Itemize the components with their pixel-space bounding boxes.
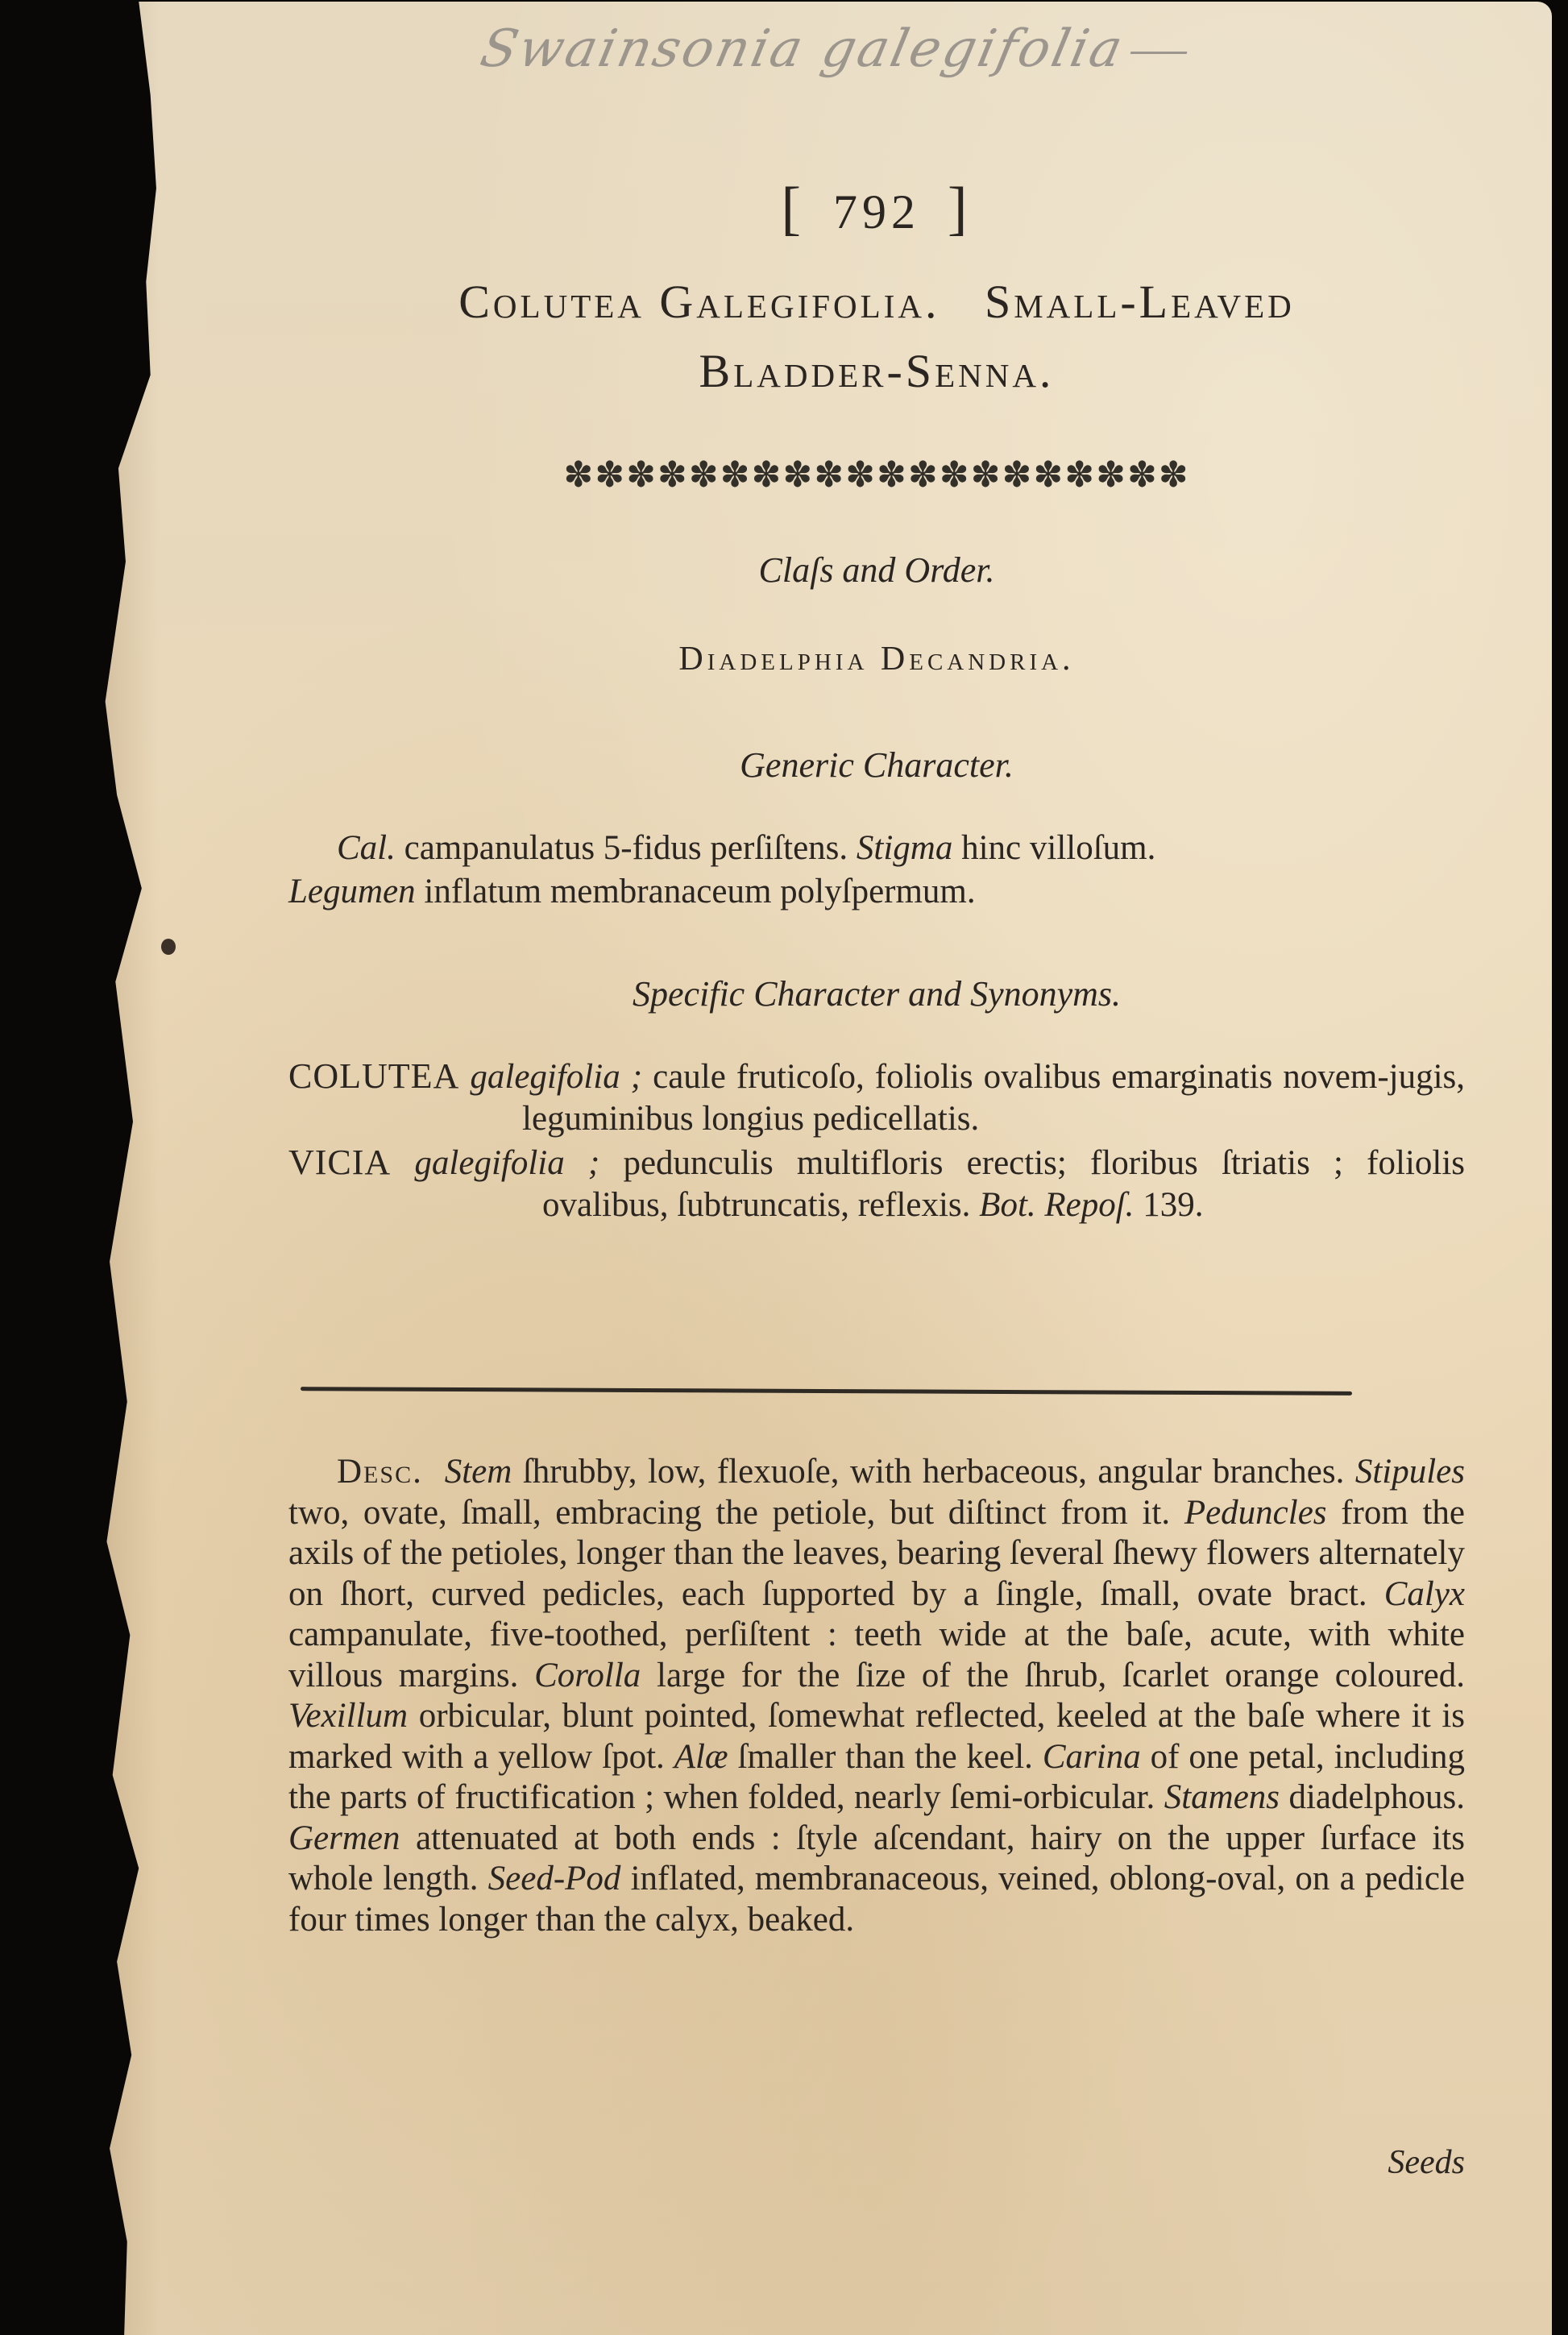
description-paragraph: Desc. Stem ſhrubby, low, flexuoſe, with … [288, 1452, 1465, 1940]
pencil-annotation: Swainsonia galegifolia [475, 19, 1194, 79]
synonyms-list: COLUTEA galegifolia ; caule fruticoſo, f… [288, 1056, 1465, 1228]
synonym-text: caule fruticoſo, foliolis ovalibus emarg… [522, 1058, 1465, 1138]
ornament-divider: ✽✽✽✽✽✽✽✽✽✽✽✽✽✽✽✽✽✽✽✽ [288, 454, 1465, 496]
left-bracket: [ [781, 176, 806, 242]
horizontal-rule [301, 1387, 1352, 1396]
title-line-2: Bladder-Senna. [288, 337, 1465, 406]
synonym-species: galegifolia ; [470, 1058, 642, 1096]
synonym-entry: VICIA galegifolia ; pedunculis multiflor… [288, 1142, 1465, 1226]
scanned-page-view: Swainsonia galegifolia [792] Colutea Gal… [0, 0, 1568, 2335]
catchword: Seeds [1388, 2143, 1465, 2182]
synonym-genus: COLUTEA [288, 1056, 459, 1096]
synonym-species: galegifolia ; [414, 1144, 599, 1182]
description-lead: Desc. [288, 1453, 423, 1491]
pencil-dash [1130, 52, 1188, 54]
synonym-entry: COLUTEA galegifolia ; caule fruticoſo, f… [288, 1056, 1465, 1140]
title-line-1: Colutea Galegifolia. Small-Leaved [288, 268, 1465, 337]
ink-stain [119, 848, 131, 857]
binding-edge-shadow [95, 2, 160, 2335]
synonym-genus: VICIA [288, 1143, 391, 1182]
specific-character-heading: Specific Character and Synonyms. [288, 973, 1465, 1014]
generic-character-text: Cal. campanulatus 5-fidus perſiſtens. St… [288, 827, 1465, 914]
page-number: [792] [288, 175, 1465, 243]
ink-stain [161, 939, 176, 955]
synonym-reference-number: 139. [1134, 1186, 1203, 1224]
synonym-reference: Bot. Repoſ. [979, 1186, 1134, 1224]
paper-page: Swainsonia galegifolia [792] Colutea Gal… [95, 2, 1552, 2335]
page-number-value: 792 [833, 185, 920, 238]
class-order-value: Diadelphia Decandria. [288, 640, 1465, 678]
class-order-heading: Claſs and Order. [288, 550, 1465, 591]
pencil-annotation-text: Swainsonia galegifolia [475, 19, 1130, 79]
right-bracket: ] [948, 176, 973, 242]
generic-character-heading: Generic Character. [288, 744, 1465, 786]
plant-title: Colutea Galegifolia. Small-Leaved Bladde… [288, 268, 1465, 406]
